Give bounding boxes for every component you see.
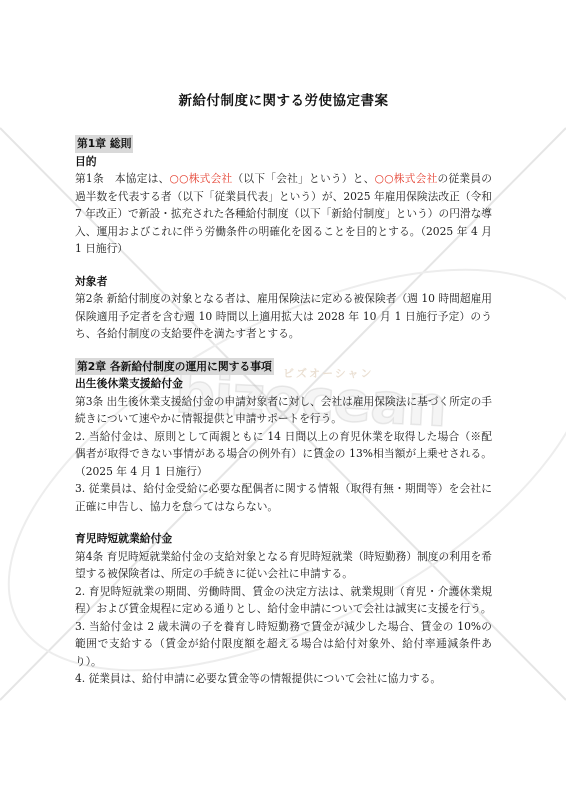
article4-clause-3: 3. 当給付金は 2 歳未満の子を養育し時短勤務で賃金が減少した場合、賃金の 1… [75, 618, 492, 671]
article3-clause-3: 3. 従業員は、給付金受給に必要な配偶者に関する情報（取得有無・期間等）を会社に… [75, 480, 492, 515]
target-heading: 対象者 [75, 273, 492, 291]
section2-heading: 育児時短就業給付金 [75, 530, 492, 548]
document-content: 新給付制度に関する労使協定書案 第1章 総則 目的 第1条 本協定は、○○株式会… [75, 93, 492, 688]
company-name-placeholder-2: ○○株式会社 [375, 172, 438, 185]
article2-paragraph: 第2条 新給付制度の対象となる者は、雇用保険法に定める被保険者（週 10 時間超… [75, 290, 492, 343]
spacer [75, 343, 492, 358]
document-title: 新給付制度に関する労使協定書案 [75, 93, 492, 109]
section1-heading: 出生後休業支援給付金 [75, 375, 492, 393]
article4-clause-1: 第4条 育児時短就業給付金の支給対象となる育児時短就業（時短勤務）制度の利用を希… [75, 548, 492, 583]
article3-clause-1: 第3条 出生後休業支援給付金の申請対象者に対し、会社は雇用保険法に基づく所定の手… [75, 393, 492, 428]
spacer [75, 515, 492, 530]
article1-paragraph: 第1条 本協定は、○○株式会社（以下「会社」という）と、○○株式会社の従業員の過… [75, 170, 492, 258]
chapter2-heading-text: 第2章 各新給付制度の運用に関する事項 [75, 358, 274, 376]
article4-clause-4: 4. 従業員は、給付申請に必要な賃金等の情報提供について会社に協力する。 [75, 670, 492, 688]
spacer [75, 258, 492, 273]
company-name-placeholder-1: ○○株式会社 [170, 172, 233, 185]
document-page: ビズオーシャン bizocean 新給付制度に関する労使協定書案 第1章 総則 … [0, 0, 566, 800]
article4-clause-2: 2. 育児時短就業の期間、労働時間、賃金の決定方法は、就業規則（育児・介護休業規… [75, 583, 492, 618]
article1-mid: （以下「会社」という）と、 [232, 172, 374, 185]
article3-clause-2: 2. 当給付金は、原則として両親ともに 14 日間以上の育児休業を取得した場合（… [75, 428, 492, 481]
chapter1-heading-text: 第1章 総則 [75, 135, 133, 153]
article1-intro: 第1条 本協定は、 [75, 172, 170, 185]
purpose-heading: 目的 [75, 153, 492, 171]
chapter2-heading: 第2章 各新給付制度の運用に関する事項 [75, 358, 492, 376]
chapter1-heading: 第1章 総則 [75, 135, 492, 153]
